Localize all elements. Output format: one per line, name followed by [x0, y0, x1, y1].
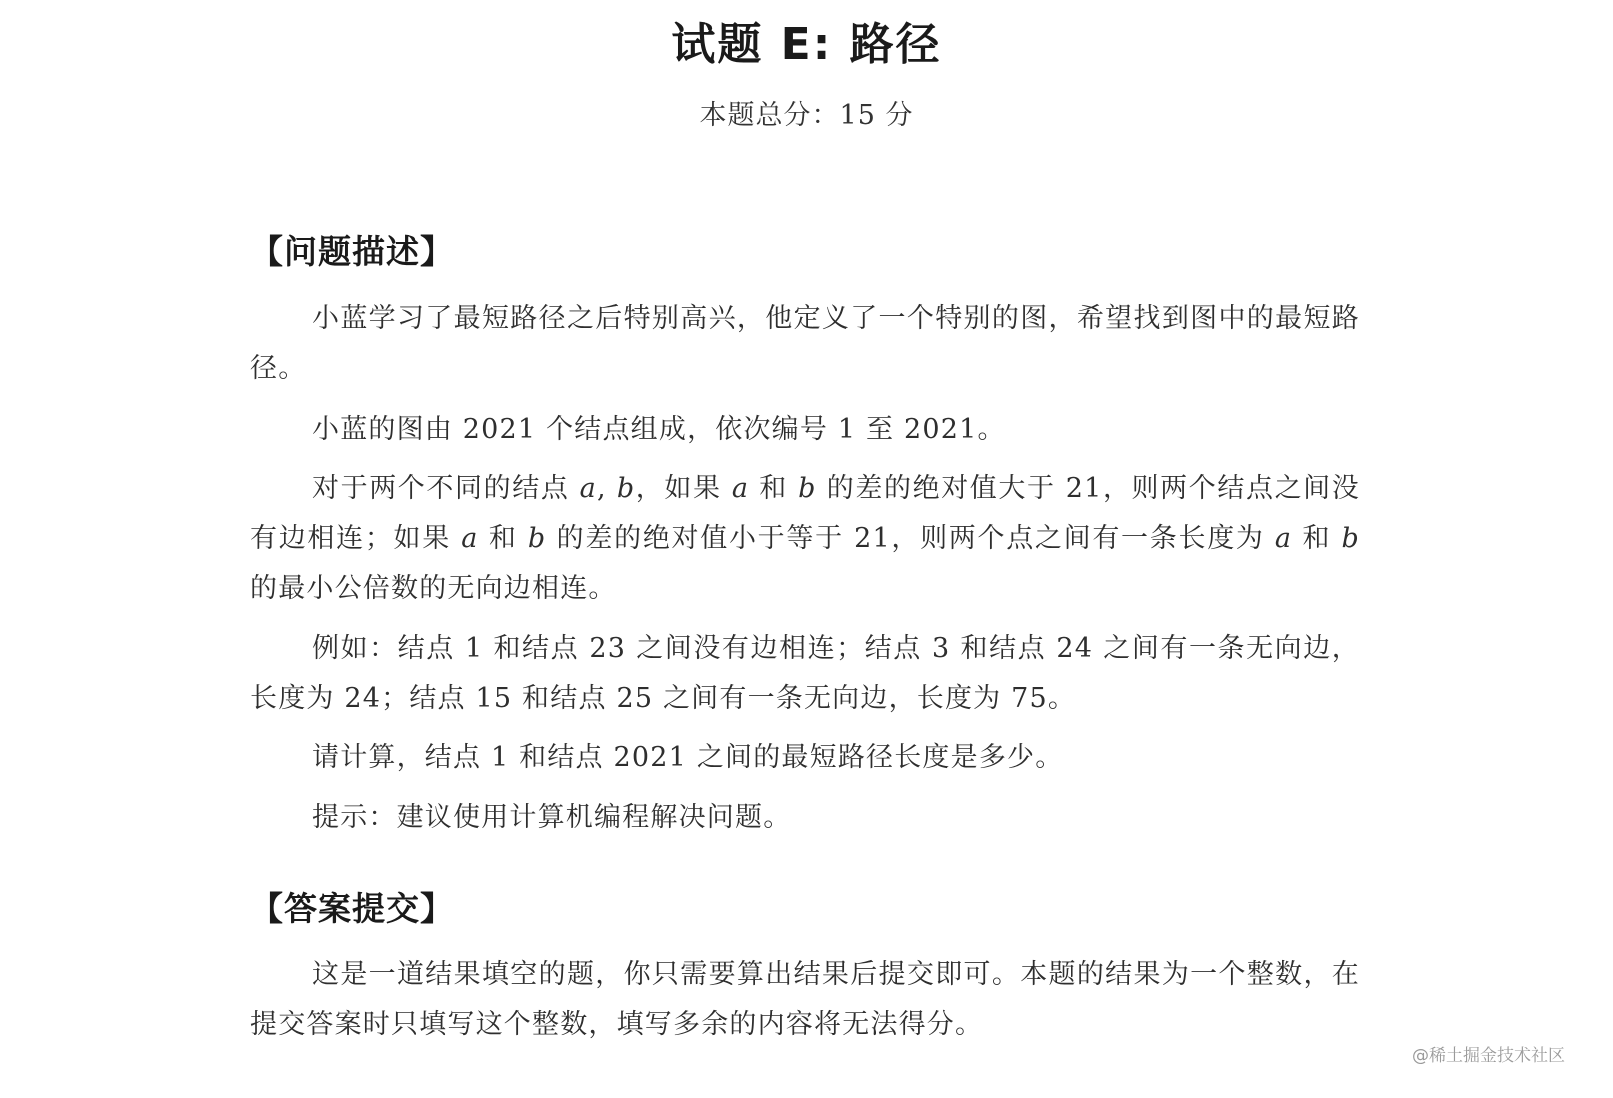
- text-fragment: 的差的绝对值小于等于 21，则两个点之间有一条长度为: [546, 523, 1275, 554]
- variable-b: b: [1342, 523, 1360, 554]
- paragraph-graph-nodes: 小蓝的图由 2021 个结点组成，依次编号 1 至 2021。: [250, 405, 1360, 455]
- paragraph-hint: 提示：建议使用计算机编程解决问题。: [250, 793, 1360, 843]
- text-fragment: ，如果: [635, 473, 731, 504]
- variable-a: a: [580, 473, 597, 504]
- text-fragment: 和: [479, 523, 528, 554]
- text-fragment: 和: [749, 473, 798, 504]
- watermark: @稀土掘金技术社区: [1412, 1041, 1565, 1066]
- text-fragment: ,: [597, 473, 617, 504]
- text-fragment: 和: [1292, 523, 1341, 554]
- variable-a: a: [1275, 523, 1292, 554]
- variable-a: a: [461, 523, 478, 554]
- section-heading-submission: 【答案提交】: [250, 885, 454, 933]
- paragraph-intro: 小蓝学习了最短路径之后特别高兴，他定义了一个特别的图，希望找到图中的最短路径。: [250, 294, 1360, 394]
- paragraph-edge-rule: 对于两个不同的结点 a, b，如果 a 和 b 的差的绝对值大于 21，则两个结…: [250, 464, 1360, 614]
- text-fragment: 对于两个不同的结点: [312, 473, 580, 504]
- problem-title: 试题 E: 路径: [0, 14, 1613, 76]
- paragraph-examples: 例如：结点 1 和结点 23 之间没有边相连；结点 3 和结点 24 之间有一条…: [250, 624, 1360, 724]
- variable-a: a: [732, 473, 749, 504]
- problem-page: 试题 E: 路径 本题总分：15 分 【问题描述】 小蓝学习了最短路径之后特别高…: [0, 0, 1613, 1098]
- paragraph-submission-rules: 这是一道结果填空的题，你只需要算出结果后提交即可。本题的结果为一个整数，在提交答…: [250, 950, 1360, 1050]
- section-heading-description: 【问题描述】: [250, 228, 454, 276]
- text-fragment: 的最小公倍数的无向边相连。: [250, 573, 617, 604]
- variable-b: b: [617, 473, 635, 504]
- paragraph-question: 请计算，结点 1 和结点 2021 之间的最短路径长度是多少。: [250, 733, 1360, 783]
- variable-b: b: [798, 473, 816, 504]
- score-line: 本题总分：15 分: [0, 96, 1613, 136]
- variable-b: b: [528, 523, 546, 554]
